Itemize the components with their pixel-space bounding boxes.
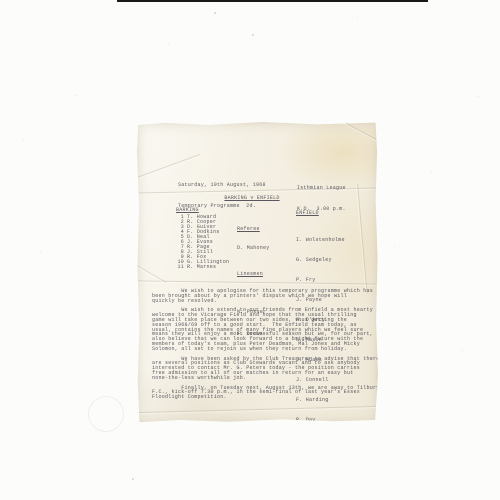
speckle [40,252,41,253]
apology-paragraph: We wish to apologise for this temporary … [152,289,378,303]
referee-name: D. Mahoney [237,246,270,251]
speckle [23,140,24,141]
speckle [478,96,479,97]
stewards-paragraph: We have been asked by the Club Treasurer… [152,357,378,381]
speckle [431,171,432,172]
player-number: 11 [176,265,184,270]
away-player-name: G. Sedgeley [296,258,345,263]
away-team-name: ENFIELD [296,210,319,216]
away-player-name: P. Fry [296,278,345,283]
home-team-name: BARKING [176,207,199,213]
welcome-paragraph: We wish to extend to our friends from En… [152,308,378,351]
speckle [168,44,169,45]
crease-line [357,184,368,294]
faint-ring-mark [88,396,124,432]
home-player-row: 11R. Marnes [176,265,229,270]
away-player-name: J. Quail [296,438,345,443]
notes-section: We wish to apologise for this temporary … [152,289,378,400]
crease-line [335,117,384,144]
match-title: BARKING v ENFIELD [152,195,352,201]
away-player-name: R. Day [296,418,345,423]
speckle [214,12,216,14]
speckle [252,34,254,36]
date-line: Saturday, 10th August, 1968 [178,182,266,189]
programme-sheet: Saturday, 10th August, 1968 Temporary Pr… [137,122,378,423]
player-name: R. Marnes [187,264,216,270]
referee-label: Referee [237,227,270,232]
home-team-list: 1T. Howard 2R. Cooper 3D. Guiver 4F. Dod… [176,215,229,270]
linesmen-label: Linesmen [237,272,270,277]
speckle [132,478,134,480]
speckle [76,95,77,96]
speckle [357,17,358,18]
league-line: Isthmian League [297,185,346,192]
speckle [462,350,463,351]
speckle [394,246,395,247]
fixture-paragraph: Finally, on Tuesday next, August 13th, w… [152,386,378,400]
top-edge-dark-bar [117,0,428,2]
photo-canvas: Saturday, 10th August, 1968 Temporary Pr… [0,0,500,500]
away-player-name: I. Wolstenholme [296,238,345,243]
